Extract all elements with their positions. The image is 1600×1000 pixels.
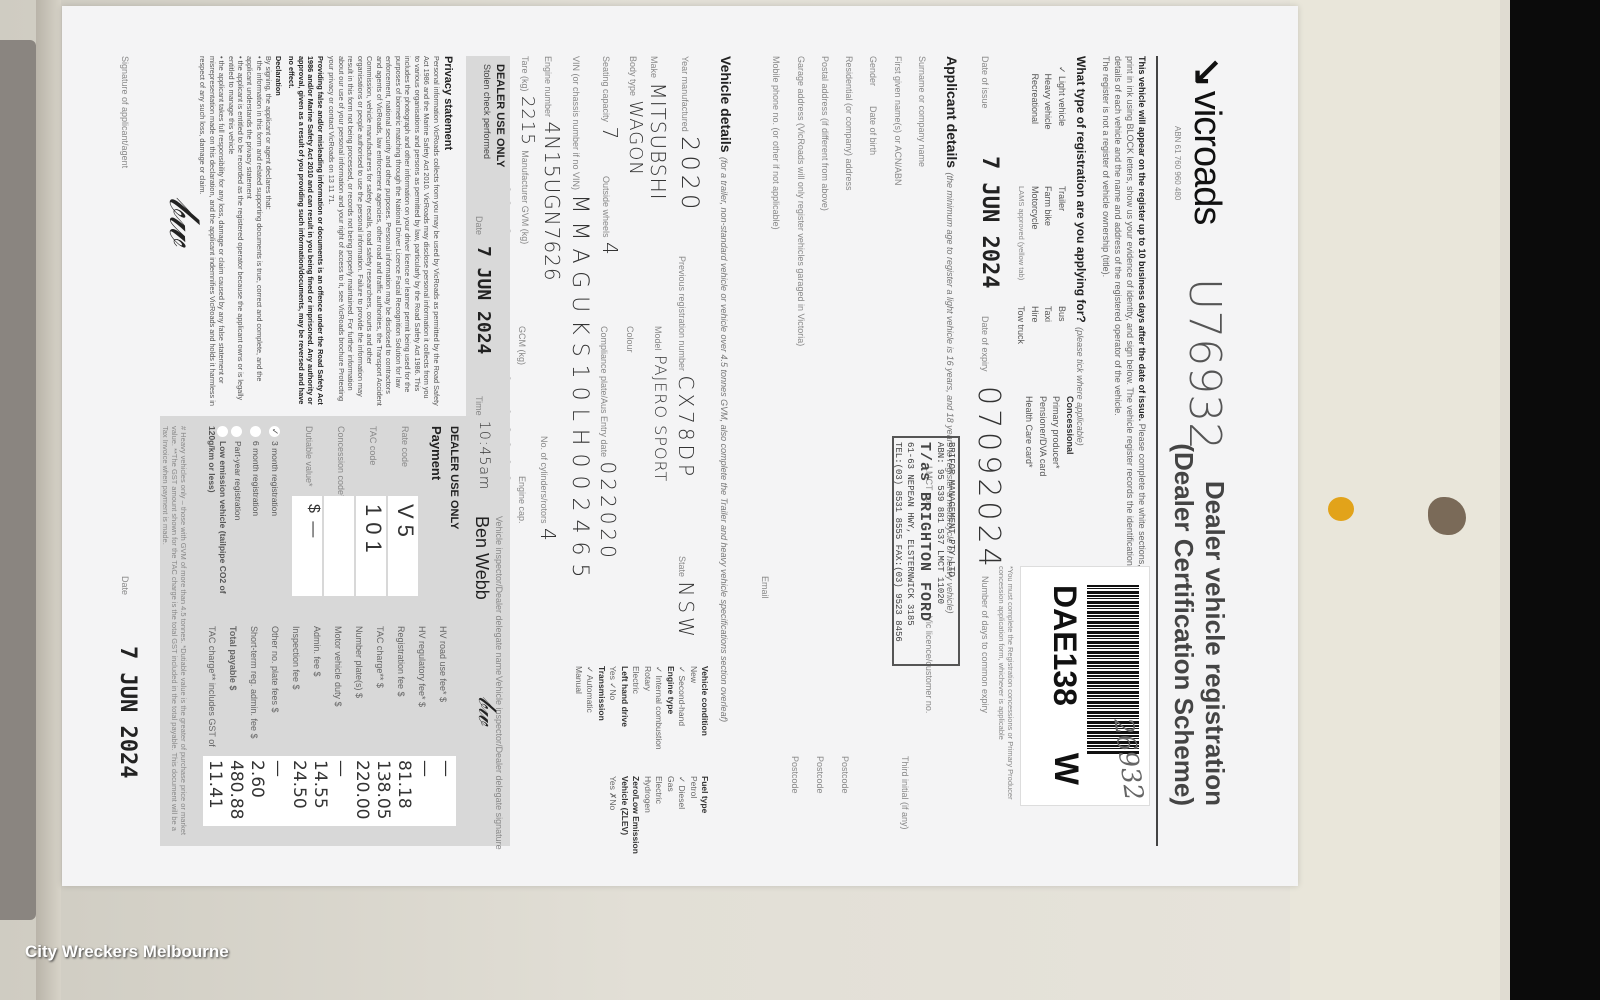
zlev-no[interactable]: No	[608, 799, 618, 810]
lhd-yes[interactable]: Yes	[608, 666, 618, 680]
fee-label: Registration fee $	[396, 626, 406, 697]
fee-value[interactable]: 2.60	[245, 756, 267, 826]
vin-value[interactable]: MMAGUKS10LH002465	[567, 195, 592, 586]
make-value[interactable]: MITSUBSHI	[646, 82, 670, 200]
fee-row: Other no. plate fees $—	[270, 626, 280, 836]
rate-code-value[interactable]: V5	[388, 496, 418, 596]
barcode-note: *You must complete the Registration conc…	[997, 566, 1015, 806]
garage-address-label: Garage address (VicRoads will only regis…	[788, 56, 812, 356]
year-value[interactable]: 2020	[676, 136, 704, 213]
barcode-handwritten: 26932	[1107, 717, 1148, 803]
fee-row: HV regulatory fee* $—	[417, 626, 427, 836]
reg-type-recreational-label: Recreational	[1030, 74, 1040, 125]
fee-row: Motor vehicle duty $—	[333, 626, 343, 836]
model-value[interactable]: PAJERO SPORT	[651, 355, 670, 482]
reg-type-motorcycle[interactable]: Motorcycle	[1028, 186, 1042, 280]
reg-type-col4: Concessional Primary producer* Pensioner…	[1022, 396, 1076, 476]
date-of-issue: 7 JUN 2024	[977, 156, 1002, 288]
fee-label: HV regulatory fee* $	[417, 626, 427, 707]
dealer-use-title: DEALER USE ONLY	[494, 64, 506, 168]
fee-label: TAC charge** includes GST of	[207, 626, 217, 747]
option-low-emission[interactable]: Low emission vehicle (tailpipe CO2 of 12…	[207, 426, 228, 596]
make-label: Make	[649, 56, 659, 78]
seating-value[interactable]: 7	[598, 127, 622, 144]
state-value[interactable]: NSW	[674, 581, 698, 640]
declaration-date: 7 JUN 2024	[115, 646, 140, 778]
radio-icon	[217, 426, 228, 437]
transmission-auto[interactable]: Automatic	[585, 675, 595, 713]
declaration-item-1: the information in this form and related…	[246, 56, 264, 381]
applicant-labels: Surname or company name First given name…	[764, 56, 934, 356]
fee-label: Inspection fee $	[291, 626, 301, 690]
title-line2: (Dealer Certification Scheme)	[1168, 443, 1199, 806]
reg-type-pensioner[interactable]: Pensioner/DVA card	[1036, 396, 1050, 476]
date-of-issue-label: Date of issue	[980, 56, 990, 109]
vin-label: VIN (or chassis number if no VIN)	[571, 56, 581, 190]
applicant-sig-label: Signature of applicant/agent	[120, 56, 130, 168]
reg-type-section: What type of registration are you applyi…	[1072, 56, 1090, 446]
watermark: City Wreckers Melbourne	[25, 942, 229, 962]
reg-type-heavy-label: Heavy vehicle	[1044, 74, 1054, 130]
declaration-date-label: Date	[120, 576, 130, 595]
fee-value[interactable]: 11.41	[203, 756, 225, 826]
radio-checked-icon: ✓	[269, 426, 280, 437]
photo-black-edge	[1510, 0, 1600, 1000]
option-part-year-label: Part-year registration	[233, 441, 243, 520]
reg-type-trailer[interactable]: Trailer	[1055, 186, 1069, 280]
reg-type-question: What type of registration are you applyi…	[1074, 56, 1088, 323]
option-6-month-label: 6 month registration	[251, 441, 261, 516]
vehicle-fields: Year manufactured 2020 Previous registra…	[480, 56, 710, 656]
condition-title: Vehicle condition	[700, 666, 710, 736]
reg-type-farm-bike[interactable]: Farm bike	[1041, 186, 1055, 280]
vicroads-logo: ↘vicroads	[1185, 56, 1230, 224]
gender-label: Gender	[868, 56, 878, 86]
lhd-title: Left hand drive	[620, 666, 630, 727]
transmission-manual[interactable]: Manual	[572, 666, 583, 856]
zlev-yes[interactable]: Yes	[608, 776, 618, 790]
reg-type-primary-producer[interactable]: Primary producer*	[1049, 396, 1063, 476]
radio-icon	[231, 426, 242, 437]
wheels-label: Outside wheels	[601, 176, 611, 238]
given-name-label: First given name(s) or ACN/ABN	[885, 56, 909, 356]
fee-row: Total payable $480.88	[228, 626, 238, 836]
fee-label: Number plate(s) $	[354, 626, 364, 698]
privacy-text: Personal information VicRoads collects f…	[327, 56, 441, 406]
date-of-expiry: 07092024	[971, 386, 1006, 571]
seating-label: Seating capacity	[601, 56, 611, 122]
fuel-diesel[interactable]: Diesel	[677, 785, 687, 809]
barcode-number: DAE138	[1046, 585, 1083, 706]
fee-value[interactable]: 14.55	[308, 756, 330, 826]
declaration-title: Declaration	[274, 56, 283, 96]
delegate-signature: 𝒷𝓌	[471, 696, 502, 725]
fee-value[interactable]: —	[329, 756, 351, 826]
lhd-no[interactable]: No	[608, 689, 618, 700]
engine-type-ic[interactable]: Internal combustion	[654, 675, 664, 749]
state-label: State	[677, 556, 687, 577]
photo-left-object	[0, 40, 36, 920]
fee-label: HV road use fee* $	[438, 626, 448, 702]
applicant-title: Applicant details	[944, 56, 960, 168]
privacy-warning: Providing false and/or misleading inform…	[287, 56, 324, 405]
reg-period-options: ✓3 month registration 6 month registrati…	[207, 426, 285, 596]
photo-desk-surface	[1290, 0, 1500, 1000]
fee-value[interactable]: 480.88	[224, 756, 246, 826]
fee-label: Admin. fee $	[312, 626, 322, 677]
fee-label: Motor vehicle duty $	[333, 626, 343, 707]
reg-type-light[interactable]: ✓ Light vehicle	[1055, 66, 1069, 130]
payment-subtitle: Payment	[429, 426, 444, 480]
year-label: Year manufactured	[680, 56, 690, 132]
fee-row: HV road use fee* $—	[438, 626, 448, 836]
reg-type-taxi[interactable]: Taxi	[1041, 306, 1055, 344]
concessional-title: Concessional	[1063, 396, 1077, 476]
postcode-label-3: Postcode	[790, 756, 800, 794]
reg-type-hire[interactable]: Hire	[1028, 306, 1042, 344]
postal-address-label: Postal address (if different from above)	[813, 56, 837, 356]
fee-value[interactable]: —	[413, 756, 435, 826]
stamp-line5: TEL:(03) 8531 8555 FAX:(03) 9523 8456	[892, 442, 903, 660]
surname-label: Surname or company name	[910, 56, 934, 356]
compliance-label: Compliance plate/Aus Entry date	[599, 326, 609, 457]
prev-reg-value[interactable]: CX78DP	[674, 376, 698, 481]
engine-value[interactable]: 4N15UGN7626	[540, 122, 564, 282]
mobile-label: Mobile phone no. (or other if not applic…	[764, 56, 788, 356]
fee-row: Admin. fee $14.55	[312, 626, 322, 836]
fee-value[interactable]: 220.00	[350, 756, 372, 826]
stolen-date-label: Date	[474, 216, 484, 235]
privacy-section: Privacy statement Personal information V…	[198, 56, 455, 406]
vehicle-title: Vehicle details	[718, 56, 734, 153]
stamp-line4: 61-63 NEPEAN HWY, ELSTERNWICK 3185	[904, 442, 915, 660]
fee-value[interactable]: —	[434, 756, 456, 826]
form-header: ↘vicroads ABN 61 760 960 480 U76932. Dea…	[1160, 16, 1290, 876]
dob-label: Date of birth	[868, 106, 878, 155]
fee-row: TAC charge** $138.05	[375, 626, 385, 836]
email-label: Email	[760, 576, 770, 599]
option-3-month-label: 3 month registration	[270, 441, 280, 516]
fee-row: Inspection fee $24.50	[291, 626, 301, 836]
option-6-month[interactable]: 6 month registration	[247, 426, 266, 596]
fee-label: TAC charge** $	[375, 626, 385, 688]
dealer-stamp: BRIFOR MANAGEMENT PTY LTD ABN: 95 539 88…	[892, 436, 960, 666]
reg-type-note: (please tick where applicable)	[1075, 327, 1085, 446]
gcm-label: GCM (kg)	[517, 326, 527, 365]
fee-row: Registration fee $81.18	[396, 626, 406, 836]
reg-type-light-label: Light vehicle	[1057, 76, 1067, 126]
postcode-label-2: Postcode	[815, 756, 825, 794]
reg-type-col3: Bus Taxi Hire Tow truck	[1014, 306, 1068, 344]
gvm-mfr-label: Manufacturer GVM (kg)	[520, 150, 530, 244]
payment-box: DEALER USE ONLY Payment Rate code V5 TAC…	[160, 416, 470, 846]
stolen-date: 7 JUN 2024	[473, 246, 494, 354]
reg-type-recreational[interactable]: Recreational	[1028, 66, 1042, 130]
lams-label: LAMS approved (yellow tab)	[1016, 186, 1027, 280]
fee-row: TAC charge** includes GST of11.41	[207, 626, 217, 836]
tare-value[interactable]: 2215	[517, 96, 538, 146]
dutiable-value[interactable]: $ —	[292, 496, 322, 596]
fee-value[interactable]: 24.50	[287, 756, 309, 826]
date-of-expiry-label: Date of expiry	[980, 316, 990, 372]
reg-type-bus[interactable]: Bus	[1055, 306, 1069, 344]
reg-type-health-care[interactable]: Health Care card*	[1022, 396, 1036, 476]
handwritten-reference: U76932.	[1179, 278, 1230, 464]
radio-icon	[250, 426, 261, 437]
privacy-title: Privacy statement	[441, 56, 455, 406]
header-rule	[1156, 56, 1158, 846]
engine-type-title: Engine type	[666, 666, 676, 714]
vehicle-section: Vehicle details (for a trailer, non-stan…	[716, 56, 734, 846]
wheels-value[interactable]: 4	[598, 242, 622, 259]
rate-code-label: Rate code	[400, 426, 410, 467]
option-part-year[interactable]: Part-year registration	[228, 426, 247, 596]
zlev-title: Zero/Low Emission Vehicle (ZLEV)	[620, 776, 641, 854]
payment-title: DEALER USE ONLY	[448, 426, 460, 530]
fee-label: Short-term reg. admin. fee $	[249, 626, 259, 739]
applicant-signature: 𝒷𝓌	[159, 196, 210, 245]
fee-value[interactable]: 81.18	[392, 756, 414, 826]
declaration-item-2: the applicant is entitled to be recorded…	[227, 56, 245, 400]
tare-label: Tare (kg)	[520, 56, 530, 92]
concession-code-label: Concession code*	[336, 426, 346, 499]
third-initial-label: Third initial (if any)	[900, 756, 910, 830]
body-type-label: Body type	[628, 56, 638, 96]
vehicle-note: (for a trailer, non-standard vehicle or …	[719, 157, 729, 722]
time-label: Time	[474, 396, 484, 416]
vicroads-mark-icon: ↘	[1185, 56, 1230, 87]
fuel-hydrogen[interactable]: Hydrogen	[641, 776, 652, 856]
option-low-emission-label: Low emission vehicle (tailpipe CO2 of 12…	[207, 426, 228, 594]
fee-value[interactable]: 138.05	[371, 756, 393, 826]
fee-value[interactable]: —	[266, 756, 288, 826]
compliance-value[interactable]: 022020	[596, 462, 620, 562]
concession-code-value[interactable]	[324, 496, 354, 596]
brand-name: vicroads	[1186, 91, 1228, 225]
fee-label: Other no. plate fees $	[270, 626, 280, 713]
intro-bold: This vehicle will appear on the register…	[1137, 56, 1147, 421]
reg-type-heavy[interactable]: Heavy vehicle	[1041, 66, 1055, 130]
fee-row: Short-term reg. admin. fee $2.60	[249, 626, 259, 836]
brand-tagline: ABN 61 760 960 480	[1173, 126, 1182, 200]
fuel-title: Fuel type	[700, 776, 710, 813]
fee-row: Number plate(s) $220.00	[354, 626, 364, 836]
intro-line3: The register is not a register of vehicl…	[1099, 56, 1111, 576]
dutiable-value-label: Dutiable value*	[304, 426, 314, 487]
yellow-stain	[1328, 497, 1354, 521]
reg-type-tow-truck[interactable]: Tow truck	[1014, 306, 1028, 344]
stamp-line3: T/as BRIGHTON FORD	[915, 442, 934, 660]
model-label: Model	[653, 326, 663, 351]
engine-label: Engine number	[543, 56, 553, 117]
condition-second-hand[interactable]: Second-hand	[677, 675, 687, 726]
fuel-electric[interactable]: Electric	[653, 776, 664, 856]
tac-code-label: TAC code	[368, 426, 378, 465]
residential-address-label: Residential (or company) address	[837, 56, 861, 356]
intro-text: This vehicle will appear on the register…	[1099, 56, 1148, 576]
reg-type-col1: ✓ Light vehicle Heavy vehicle Recreation…	[1028, 66, 1069, 130]
days-label: Number of days to common expiry	[980, 576, 990, 713]
fuel-petrol[interactable]: Petrol	[687, 776, 698, 856]
cylinders-label: No. of cylinders/rotors	[539, 436, 549, 524]
reg-type-col2: Trailer Farm bike Motorcycle LAMS approv…	[1016, 186, 1068, 280]
photo-left-shadow	[36, 0, 61, 1000]
form-title: Dealer vehicle registration (Dealer Cert…	[1168, 443, 1230, 806]
transmission-title: Transmission	[597, 666, 607, 721]
registration-form: ↘vicroads ABN 61 760 960 480 U76932. Dea…	[90, 16, 1290, 876]
stamp-line2: ABN: 95 539 881 537 LMCT 11020	[934, 442, 945, 660]
fuel-gas[interactable]: Gas	[664, 776, 675, 856]
engine-cap-label: Engine cap.	[517, 476, 527, 524]
delegate-label: Vehicle inspector/Dealer delegate name	[494, 516, 504, 675]
title-line1: Dealer vehicle registration	[1199, 443, 1230, 806]
postcode-label-1: Postcode	[840, 756, 850, 794]
delegate-name: Ben Webb	[471, 516, 492, 600]
colour-label: Colour	[625, 326, 635, 353]
body-type-value[interactable]: WAGON	[625, 100, 646, 175]
cylinders-value[interactable]: 4	[536, 528, 560, 545]
stamp-line1: BRIFOR MANAGEMENT PTY LTD	[945, 442, 956, 660]
brown-stain	[1428, 497, 1466, 535]
time-value: 10:45am	[476, 421, 492, 491]
tac-code-value[interactable]: 101	[356, 496, 386, 596]
fee-label: Total payable $	[228, 626, 238, 690]
option-3-month[interactable]: ✓3 month registration	[265, 426, 284, 596]
fuel-options: Fuel type Petrol ✓ Diesel Gas Electric H…	[607, 776, 710, 856]
prev-reg-label: Previous registration number	[677, 256, 687, 371]
declaration-intro: By signing, the applicant or agent decla…	[264, 56, 273, 406]
stolen-check-label: Stolen check performed	[482, 64, 492, 159]
barcode-box: DAE138 W 26932	[1020, 566, 1150, 806]
payment-footnote: # Heavy vehicles only – those with GVM o…	[161, 426, 188, 836]
barcode-letter: W	[1046, 753, 1085, 785]
